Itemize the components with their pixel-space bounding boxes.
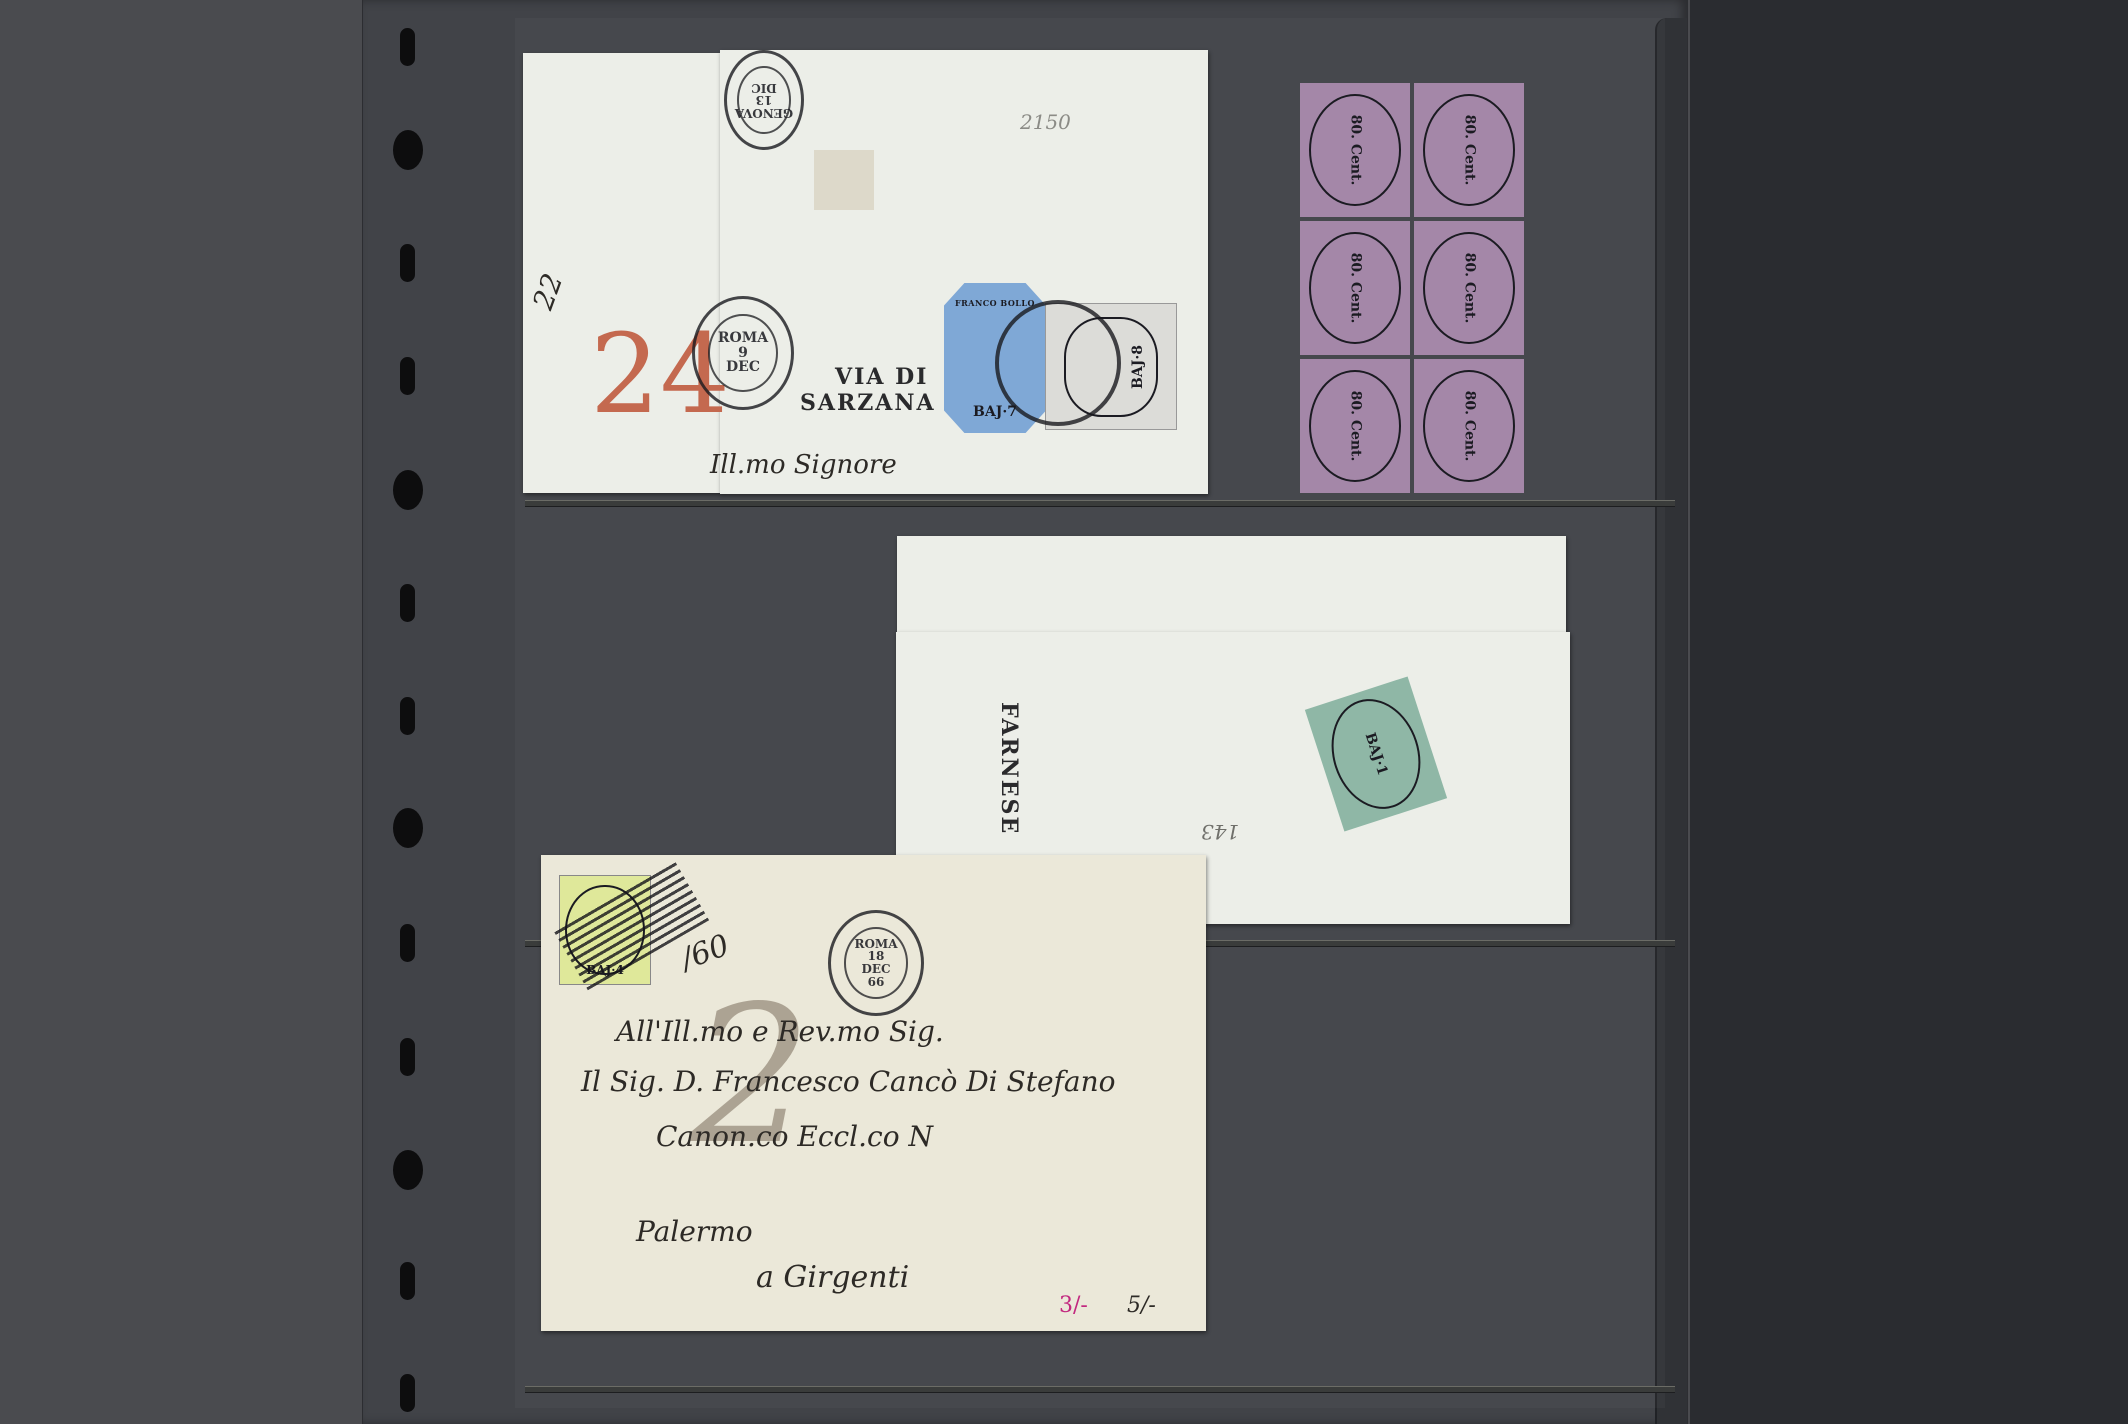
genova-postmark: GENOVA 13 DIC [724,50,804,150]
binder-hole [400,584,415,622]
stamp-value: 80. Cent. [1348,253,1362,324]
binder-hole [400,1038,415,1076]
pencil-price-note: 5/- [1127,1293,1156,1318]
sarzana-handstamp: SARZANA [800,390,936,416]
paper-stain [814,150,874,210]
postmark-month: DEC [861,963,890,976]
address-line: Palermo [636,1215,753,1248]
address-line: Il Sig. D. Francesco Cancò Di Stefano [581,1065,1115,1098]
background-dark-right [1690,0,2128,1424]
stamp-lilac-80-cent: 80. Cent. [1300,221,1410,355]
binder-hole [393,808,423,848]
stamp-lilac-80-cent: 80. Cent. [1414,83,1524,217]
postmark-year: 66 [868,976,885,989]
stamp-value: 80. Cent. [1462,115,1476,186]
stamp-value: BAJ·8 [1131,345,1145,389]
roma-postmark: ROMA 9 DEC [692,296,794,410]
binder-hole [393,470,423,510]
binder-hole [400,1262,415,1300]
stamp-value: 80. Cent. [1462,391,1476,462]
address-line: All'Ill.mo e Rev.mo Sig. [616,1015,944,1048]
stamp-value: 80. Cent. [1348,115,1362,186]
postmark-month: DIC [751,81,777,94]
binder-hole [400,697,415,735]
postmark-city: GENOVA [735,106,793,119]
stockbook-strip [525,1386,1675,1393]
postmark-month: DEC [726,360,760,375]
stamp-lilac-80-cent: 80. Cent. [1300,359,1410,493]
stamp-block-of-six: 80. Cent. 80. Cent. 80. Cent. 80. Cent. … [1300,83,1524,493]
binder-hole [393,130,423,170]
pencil-note: 143 [1201,820,1239,844]
stamp-lilac-80-cent: 80. Cent. [1414,221,1524,355]
stamp-value: 80. Cent. [1462,253,1476,324]
postmark-day: 9 [738,346,748,361]
binder-hole [400,924,415,962]
stamp-value: BAJ·7 [973,405,1017,419]
binder-hole [400,28,415,66]
stockbook-strip [525,500,1675,507]
cover-yellow-stamp: BAJ·4 ROMA 18 DEC 66 /60 2 All'Ill.mo e … [541,855,1206,1331]
pencil-note: 2150 [1020,110,1071,134]
farnese-handstamp: FARNESE [996,702,1022,835]
postmark-city: ROMA [718,331,768,346]
stamp-cancel [995,300,1121,426]
binder-hole [400,357,415,395]
stamp-lilac-80-cent: 80. Cent. [1300,83,1410,217]
binder-hole [400,244,415,282]
via-di-handstamp: VIA DI [835,364,928,390]
address-line: a Girgenti [756,1260,909,1295]
stamp-lilac-80-cent: 80. Cent. [1414,359,1524,493]
magenta-price-note: 3/- [1059,1293,1088,1318]
stamp-value: 80. Cent. [1348,391,1362,462]
binder-hole [400,1374,415,1412]
cover-behind [897,536,1566,636]
address-line: Canon.co Eccl.co N [656,1120,933,1153]
address-script: Ill.mo Signore [710,450,897,480]
binder-hole [393,1150,423,1190]
roma-postmark: ROMA 18 DEC 66 [828,910,924,1016]
postmark-day: 13 [756,94,773,107]
